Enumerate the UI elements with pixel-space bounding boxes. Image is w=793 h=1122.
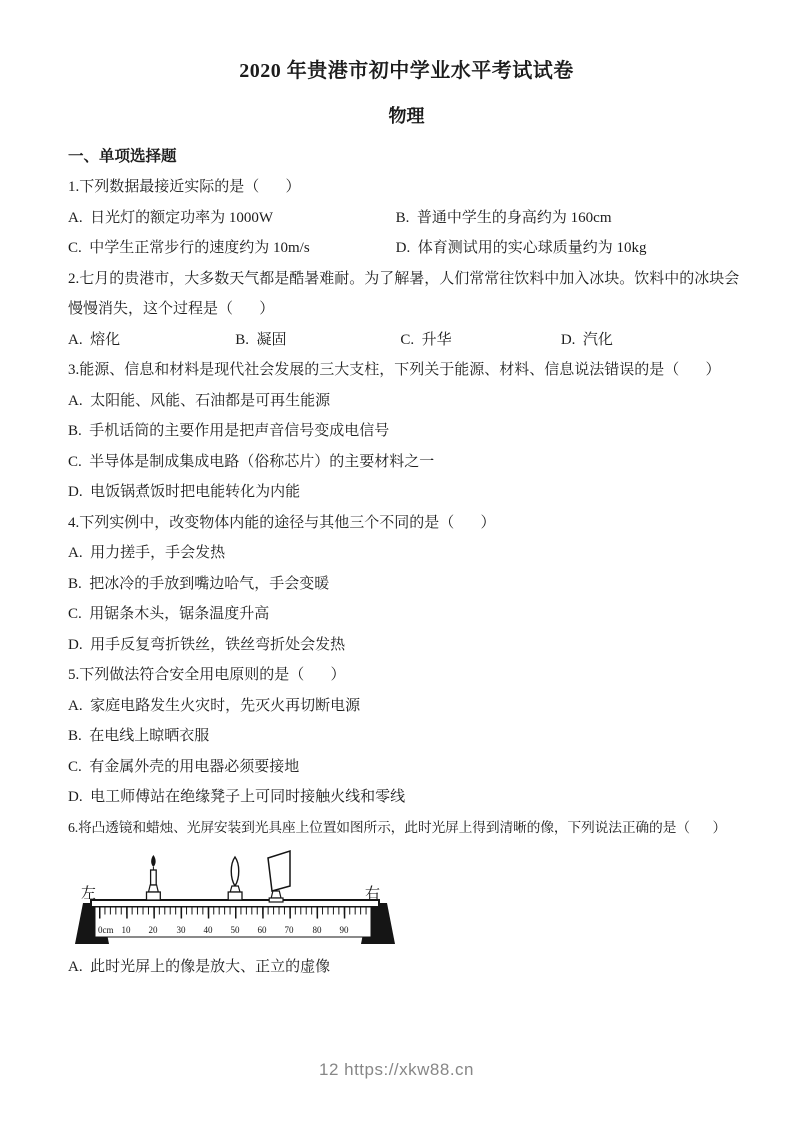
page-content: 2020 年贵港市初中学业水平考试试卷 物理 一、单项选择题 1.下列数据最接近… xyxy=(0,0,793,983)
optical-bench-figure: 左 右 0cm 10 20 30 40 50 xyxy=(70,848,400,948)
question-1-options-row-1: A. 日光灯的额定功率为 1000W B. 普通中学生的身高约为 160cm xyxy=(68,203,745,234)
ruler-tick-30: 30 xyxy=(177,925,187,935)
question-2-options-row: A. 熔化 B. 凝固 C. 升华 D. 汽化 xyxy=(68,325,745,356)
ruler-tick-10: 10 xyxy=(122,925,132,935)
ruler-tick-20: 20 xyxy=(149,925,159,935)
question-1-option-b: B. 普通中学生的身高约为 160cm xyxy=(396,203,745,234)
question-1-option-d: D. 体育测试用的实心球质量约为 10kg xyxy=(396,233,745,264)
lens-icon xyxy=(228,857,242,900)
question-5-stem: 5.下列做法符合安全用电原则的是（ ） xyxy=(68,660,745,691)
question-4-option-a: A. 用力搓手，手会发热 xyxy=(68,538,745,569)
subject-title: 物理 xyxy=(68,104,745,128)
question-1-stem: 1.下列数据最接近实际的是（ ） xyxy=(68,172,745,203)
screen-icon xyxy=(268,851,290,902)
question-6-option-a: A. 此时光屏上的像是放大、正立的虚像 xyxy=(68,952,745,983)
question-5-option-c: C. 有金属外壳的用电器必须要接地 xyxy=(68,752,745,783)
ruler-tick-50: 50 xyxy=(231,925,241,935)
page-title: 2020 年贵港市初中学业水平考试试卷 xyxy=(68,58,745,84)
question-5-option-b: B. 在电线上晾晒衣服 xyxy=(68,721,745,752)
ruler-tick-90: 90 xyxy=(340,925,350,935)
question-5-option-d: D. 电工师傅站在绝缘凳子上可同时接触火线和零线 xyxy=(68,782,745,813)
question-2-option-b: B. 凝固 xyxy=(235,325,400,356)
question-4-option-d: D. 用手反复弯折铁丝，铁丝弯折处会发热 xyxy=(68,630,745,661)
question-1-option-a: A. 日光灯的额定功率为 1000W xyxy=(68,203,396,234)
question-3-option-c: C. 半导体是制成集成电路（俗称芯片）的主要材料之一 xyxy=(68,447,745,478)
ruler-tick-0cm: 0cm xyxy=(98,925,114,935)
question-3-option-b: B. 手机话筒的主要作用是把声音信号变成电信号 xyxy=(68,416,745,447)
ruler-tick-70: 70 xyxy=(285,925,295,935)
question-6-stem: 6.将凸透镜和蜡烛、光屏安装到光具座上位置如图所示，此时光屏上得到清晰的像，下列… xyxy=(68,813,745,844)
ruler-tick-60: 60 xyxy=(258,925,268,935)
optical-bench-svg: 左 右 0cm 10 20 30 40 50 xyxy=(70,848,400,948)
candle-icon xyxy=(147,855,161,900)
ruler-tick-80: 80 xyxy=(313,925,323,935)
question-1-options-row-2: C. 中学生正常步行的速度约为 10m/s D. 体育测试用的实心球质量约为 1… xyxy=(68,233,745,264)
question-4-option-c: C. 用锯条木头，锯条温度升高 xyxy=(68,599,745,630)
question-2-option-d: D. 汽化 xyxy=(561,325,745,356)
section-heading: 一、单项选择题 xyxy=(68,146,745,168)
question-2-option-a: A. 熔化 xyxy=(68,325,235,356)
ruler-tick-40: 40 xyxy=(204,925,214,935)
question-2-stem: 2.七月的贵港市，大多数天气都是酷暑难耐。为了解暑，人们常常往饮料中加入冰块。饮… xyxy=(68,264,745,325)
question-1-option-c: C. 中学生正常步行的速度约为 10m/s xyxy=(68,233,396,264)
page-footer-url: 12 https://xkw88.cn xyxy=(0,1060,793,1080)
exam-paper-page: 2020 年贵港市初中学业水平考试试卷 物理 一、单项选择题 1.下列数据最接近… xyxy=(0,0,793,1122)
question-2-option-c: C. 升华 xyxy=(400,325,560,356)
question-5-option-a: A. 家庭电路发生火灾时，先灭火再切断电源 xyxy=(68,691,745,722)
question-3-option-d: D. 电饭锅煮饭时把电能转化为内能 xyxy=(68,477,745,508)
question-4-option-b: B. 把冰冷的手放到嘴边哈气，手会变暖 xyxy=(68,569,745,600)
question-3-option-a: A. 太阳能、风能、石油都是可再生能源 xyxy=(68,386,745,417)
question-4-stem: 4.下列实例中，改变物体内能的途径与其他三个不同的是（ ） xyxy=(68,508,745,539)
bench-rail xyxy=(91,900,379,907)
question-3-stem: 3.能源、信息和材料是现代社会发展的三大支柱，下列关于能源、材料、信息说法错误的… xyxy=(68,355,745,386)
